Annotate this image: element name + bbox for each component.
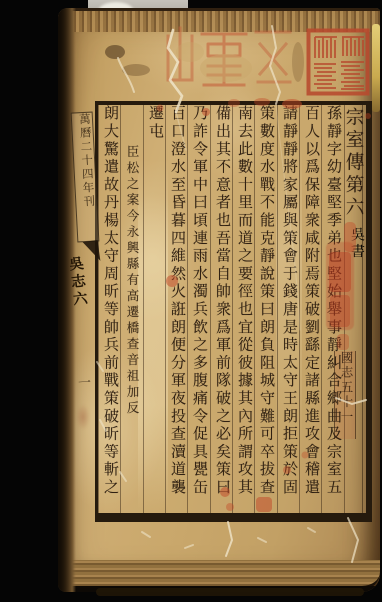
text-column: 策數度水戰不能克靜說策曰朗負阻城守難可卒拔查瀆: [254, 105, 277, 513]
text-column: 備出其不意者也吾當自帥衆爲軍前隊破之必矣策曰善: [210, 105, 233, 513]
text-column: 朗大驚遣故丹楊太守周昕等帥兵前戰策破昕等斬之遂: [98, 105, 121, 513]
faded-stamp-mark: [76, 404, 90, 430]
book-base-shadow: [96, 588, 364, 596]
text-column: 百口澄水至昏暮四維然火誑朗便分軍夜投查瀆道襲高: [165, 105, 188, 513]
page-number: 一: [77, 372, 91, 392]
commentary-column: 臣松之案今永興縣有高遷橋查音祖加反: [120, 105, 143, 513]
seal-top-right: [306, 28, 370, 98]
text-column: 請靜靜將家屬與策會于錢唐是時太守王朗拒策於固陵: [277, 105, 300, 513]
text-column: 南去此數十里而道之要徑也宜從彼據其內所謂攻其無: [232, 105, 255, 513]
text-column: 乃詐令軍中曰頃連雨水濁兵飲之多腹痛令促具甖缶數: [187, 105, 210, 513]
fore-edge-highlight: [372, 24, 380, 112]
chapter-title: 宗室傳第六: [344, 107, 366, 227]
collector-seal-red: [326, 240, 356, 334]
text-column: 遷屯: [143, 105, 166, 513]
text-column: 百人以爲保障衆咸附焉策破劉繇定諸縣進攻會稽遣人: [299, 105, 322, 513]
book-photo: 宗室傳第六 吳書 國志五十一 孫靜字幼臺堅季弟也堅始舉事靜糾合鄉曲及宗室五六 百…: [0, 0, 382, 602]
seal-top-center: [160, 22, 296, 104]
